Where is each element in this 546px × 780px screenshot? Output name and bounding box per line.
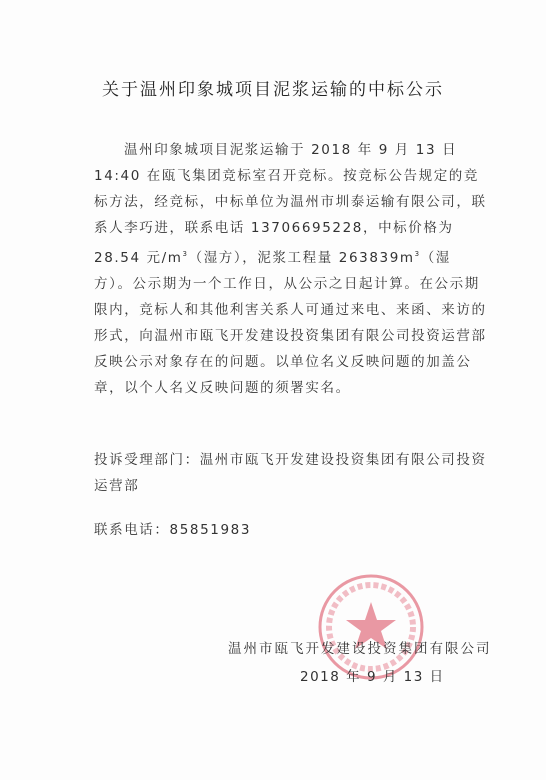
body-paragraph: 温州印象城项目泥浆运输于 2018 年 9 月 13 日 14:40 在瓯飞集团… [94, 137, 489, 401]
document-title: 关于温州印象城项目泥浆运输的中标公示 [0, 75, 546, 100]
body-text-a: 温州印象城项目泥浆运输于 2018 年 9 月 13 日 14:40 在瓯飞集团… [94, 142, 487, 266]
body-text-b: （湿方），泥浆工程量 263839m [189, 250, 415, 266]
complaint-department: 投诉受理部门：温州市瓯飞开发建设投资集团有限公司投资运营部 [94, 447, 489, 499]
signature-date: 2018 年 9 月 13 日 [300, 665, 445, 685]
contact-phone: 联系电话：85851983 [94, 517, 489, 543]
body-text-c: （湿方）。公示期为一个工作日，从公示之日起计算。在公示期限内，竞标人和其他利害关… [94, 250, 487, 396]
signature-organization: 温州市瓯飞开发建设投资集团有限公司 [228, 637, 492, 657]
document-page: 关于温州印象城项目泥浆运输的中标公示 温州印象城项目泥浆运输于 2018 年 9… [0, 0, 546, 780]
